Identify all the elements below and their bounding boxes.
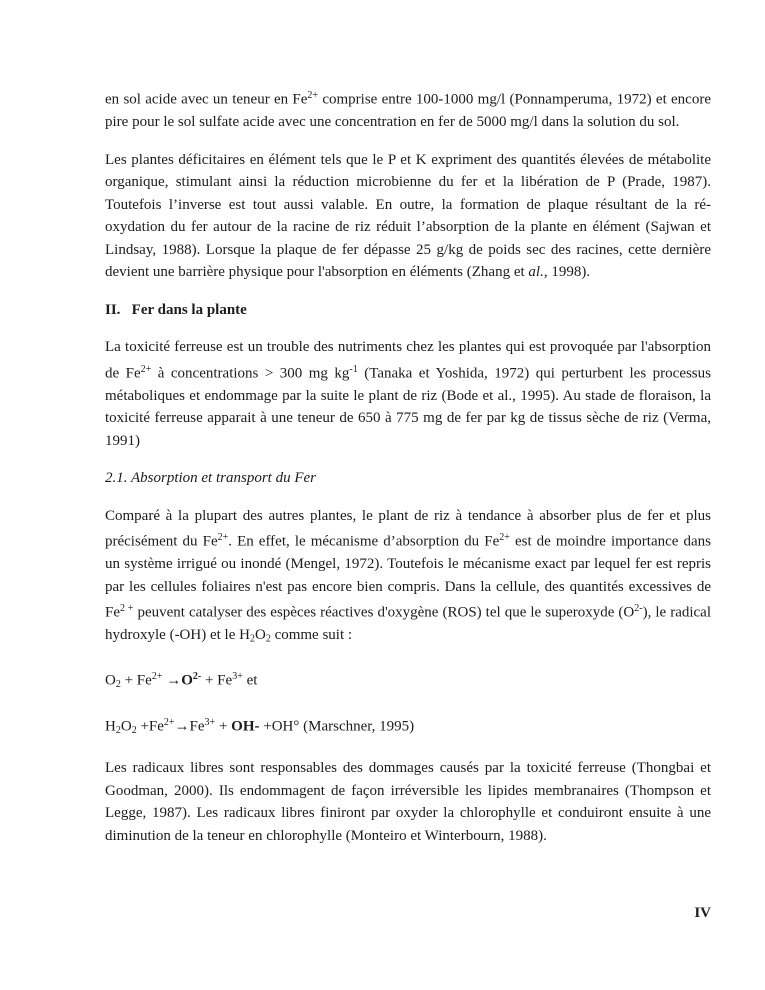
text-line: H2O2 +Fe2+→Fe3+ + OH- +OH° (Marschner, 1… [105,712,711,743]
body-paragraph: Les radicaux libres sont responsables de… [105,757,711,847]
text-line: 2.1. Absorption et transport du Fer [105,467,711,490]
text-line: Les radicaux libres sont responsables de… [105,757,711,780]
text-line: Les plantes déficitaires en élément tels… [105,149,711,172]
text-line: II. Fer dans la plante [105,299,711,322]
chemical-equation: O2 + Fe2+ →O2- + Fe3+ et [105,666,711,697]
text-line: par les cellules foliaires n'est pas enc… [105,576,711,599]
text-line: O2 + Fe2+ →O2- + Fe3+ et [105,666,711,697]
text-line: de Fe2+ à concentrations > 300 mg kg-1 (… [105,359,711,385]
text-line: devient une barrière physique pour l'abs… [105,261,711,284]
text-line: 1991) [105,430,711,453]
page-number: IV [105,902,711,925]
text-line: Lindsay, 1988). Lorsque la plaque de fer… [105,239,711,262]
text-line: précisément du Fe2+. En effet, le mécani… [105,527,711,553]
chemical-equation: H2O2 +Fe2+→Fe3+ + OH- +OH° (Marschner, 1… [105,712,711,743]
body-paragraph: Les plantes déficitaires en élément tels… [105,149,711,284]
text-line: diminution de la teneur en chlorophylle … [105,825,711,848]
section-heading: II. Fer dans la plante [105,299,711,322]
text-line: Comparé à la plupart des autres plantes,… [105,505,711,528]
subsection-heading: 2.1. Absorption et transport du Fer [105,467,711,490]
text-line: Toutefois l’inverse est tout aussi valab… [105,194,711,217]
text-line: toxicité ferreuse apparait à une teneur … [105,407,711,430]
text-line: oxydation du fer autour de la racine de … [105,216,711,239]
text-line: organique, stimulant ainsi la réduction … [105,171,711,194]
text-line: pire pour le sol sulfate acide avec une … [105,111,711,134]
text-line: un système irrigué ou inondé (Mengel, 19… [105,553,711,576]
text-line: hydroxyle (-OH) et le H2O2 comme suit : [105,624,711,651]
text-line: métaboliques et endommage par la suite l… [105,385,711,408]
text-line: Fe2 + peuvent catalyser des espèces réac… [105,598,711,624]
document-page: en sol acide avec un teneur en Fe2+ comp… [0,0,765,990]
body-paragraph: Comparé à la plupart des autres plantes,… [105,505,711,652]
text-line: La toxicité ferreuse est un trouble des … [105,336,711,359]
body-paragraph: La toxicité ferreuse est un trouble des … [105,336,711,452]
text-line: Legge, 1987). Les radicaux libres finiro… [105,802,711,825]
document-body: en sol acide avec un teneur en Fe2+ comp… [105,85,711,862]
text-line: Goodman, 2000). Ils endommagent de façon… [105,780,711,803]
body-paragraph: en sol acide avec un teneur en Fe2+ comp… [105,85,711,134]
text-line: en sol acide avec un teneur en Fe2+ comp… [105,85,711,111]
